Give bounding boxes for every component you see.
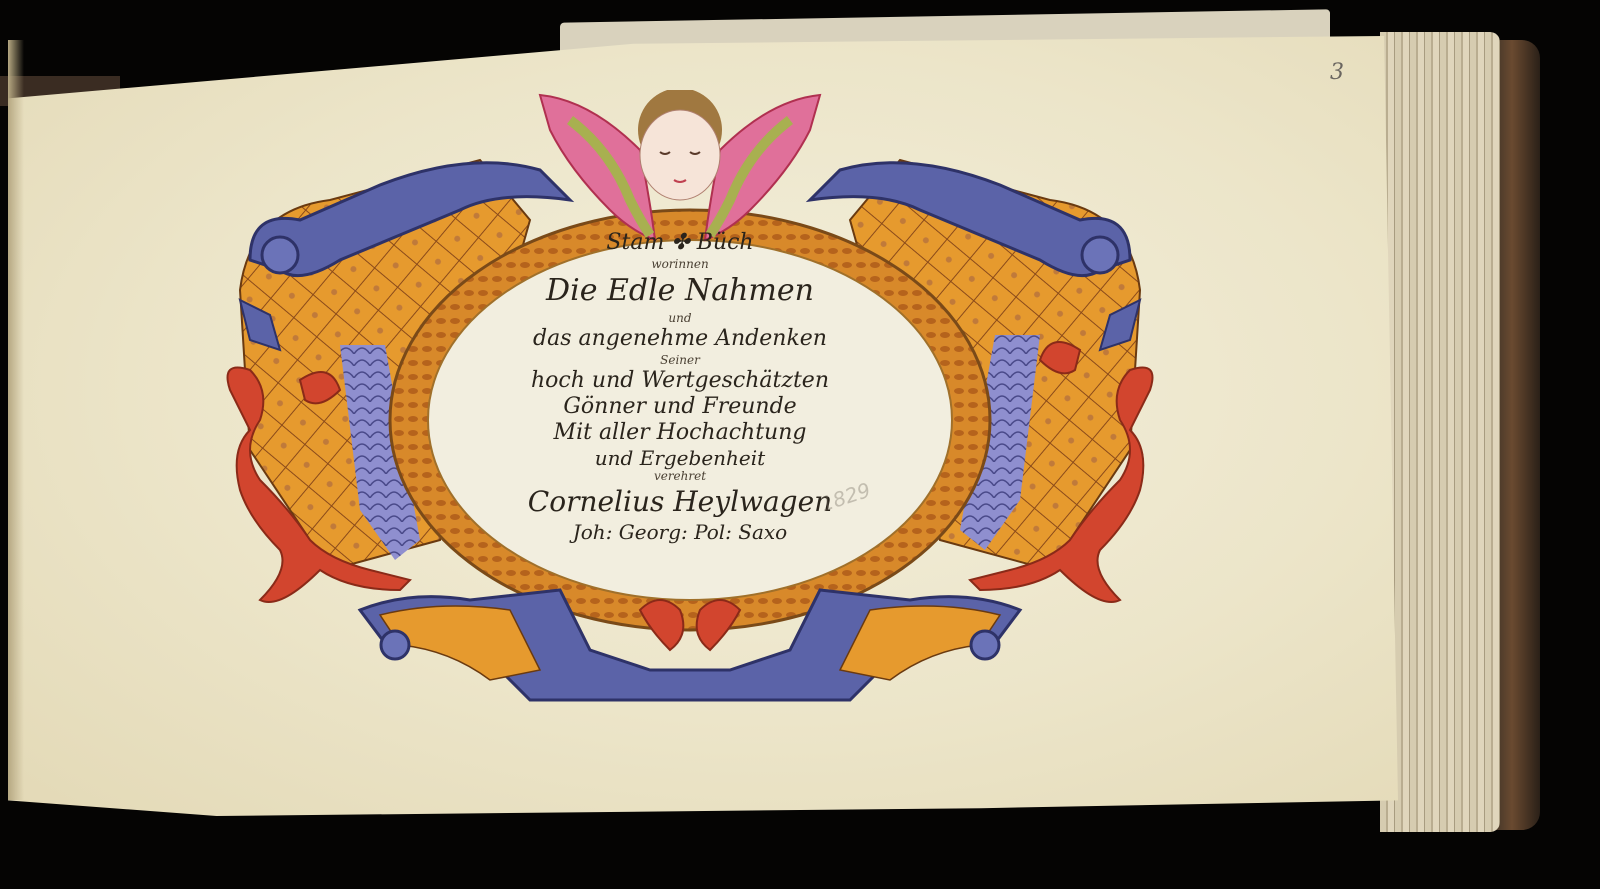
inscription-text-block: Stam ✤ Büch worinnen Die Edle Nahmen und… xyxy=(430,228,930,588)
inscription-line-3: Die Edle Nahmen xyxy=(430,276,930,306)
inscription-line-10: und Ergebenheit xyxy=(430,448,930,468)
page-block-edges xyxy=(1380,32,1500,832)
inscription-line-6: Seiner xyxy=(430,354,930,366)
inscription-line-9: Mit aller Hochachtung xyxy=(430,422,930,444)
inscription-line-1: Stam ✤ Büch xyxy=(430,232,930,254)
inscription-line-8: Gönner und Freunde xyxy=(430,396,930,418)
inscription-line-4: und xyxy=(430,312,930,324)
inscription-line-7: hoch und Wertgeschätzten xyxy=(430,370,930,392)
gutter-shadow xyxy=(8,40,24,800)
signature-affiliation: Joh: Georg: Pol: Saxo xyxy=(430,522,930,542)
inscription-line-2: worinnen xyxy=(430,258,930,270)
page-number: 3 xyxy=(1330,60,1344,85)
inscription-line-5: das angenehme Andenken xyxy=(430,328,930,350)
cherub-face xyxy=(640,110,720,200)
